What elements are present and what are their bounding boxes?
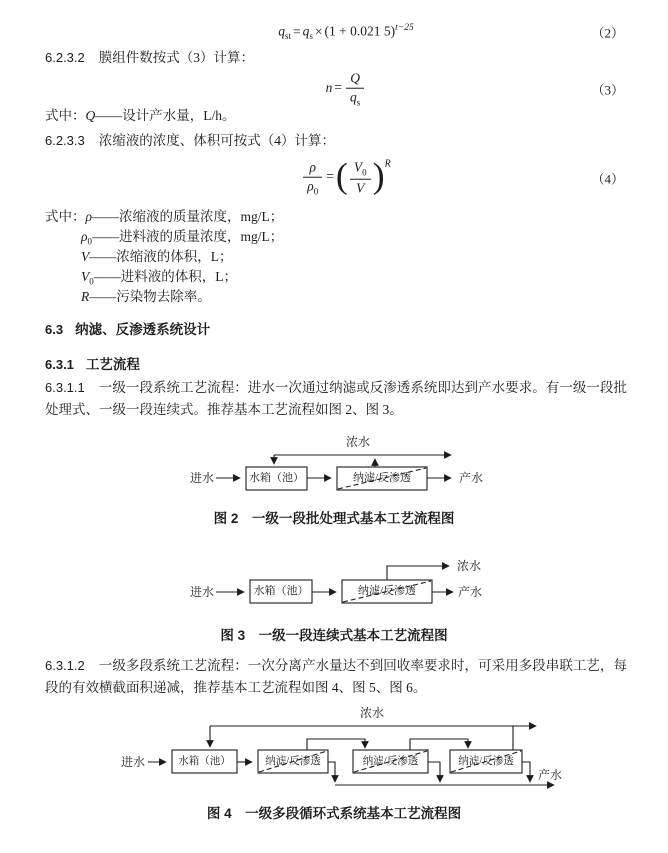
equation-number: （4） <box>591 169 624 188</box>
definition-rho0: ρ0——进料液的质量浓度，mg/L； <box>45 227 283 247</box>
tank-label: 水箱（池） <box>250 580 312 603</box>
membrane3-label: 纳滤/反渗透 <box>450 750 522 773</box>
equation-2: qst=qs×(1 + 0.021 5)t−25 （2） <box>0 22 668 42</box>
definition-v0: V0——进料液的体积，L； <box>45 267 283 287</box>
membrane2-label: 纳滤/反渗透 <box>353 750 428 773</box>
concentrate-line <box>387 566 449 580</box>
clause-6-3-1-2: 6.3.1.2一级多段系统工艺流程：一次分离产水量达不到回收率要求时，可采用多段… <box>45 655 627 699</box>
membrane-label: 纳滤/反渗透 <box>342 580 432 603</box>
clause-text: 浓缩液的浓度、体积可按式（4）计算： <box>99 133 335 148</box>
clause-number: 6.3.1.2 <box>45 658 85 673</box>
eq3-numerator: Q <box>350 71 360 86</box>
def-var: R <box>81 289 89 304</box>
stage3-permeate-line <box>522 762 530 782</box>
def-desc: ——浓缩液的质量浓度，mg/L； <box>92 209 283 224</box>
eq4-close-paren: ) <box>373 156 385 196</box>
eq4-exponent: R <box>385 159 391 170</box>
figure2-caption: 图 2 一级一段批处理式基本工艺流程图 <box>0 507 668 527</box>
equation-2-formula: qst=qs×(1 + 0.021 5)t−25 <box>12 23 668 41</box>
feed-label: 进水 <box>121 756 145 769</box>
product-label: 产水 <box>538 769 562 782</box>
eq2-group: (1 + 0.021 5) <box>325 23 396 38</box>
clause-6-3-1-1: 6.3.1.1一级一段系统工艺流程：进水一次通过纳滤或反渗透系统即达到产水要求。… <box>45 377 627 421</box>
figure3-flow-svg <box>0 552 668 616</box>
eq2-equals: = <box>291 23 303 38</box>
definition-rho: 式中：ρ——浓缩液的质量浓度，mg/L； <box>45 207 283 227</box>
eq3-equals: = <box>332 80 344 95</box>
def-var: Q <box>86 108 96 123</box>
equation-number: （2） <box>591 23 624 42</box>
concentrate-label: 浓水 <box>457 560 481 573</box>
product-label: 产水 <box>459 472 483 485</box>
eq4-lden-sub: 0 <box>314 186 319 196</box>
equation-3: n=Qqs （3） <box>0 68 668 110</box>
stage2-to-stage3-line <box>410 739 468 750</box>
eq4-left-fraction: ρρ0 <box>303 160 322 197</box>
def-desc: ——浓缩液的体积，L； <box>89 249 232 264</box>
eq4-definitions: 式中：ρ——浓缩液的质量浓度，mg/L； ρ0——进料液的质量浓度，mg/L； … <box>45 207 283 307</box>
clause-text: 膜组件数按式（3）计算： <box>99 50 254 65</box>
eq3-denominator: q <box>350 89 357 104</box>
eq3-fraction: Qqs <box>346 71 364 108</box>
eq4-lnum: ρ <box>310 160 316 175</box>
eq3-definition: 式中：Q——设计产水量，L/h。 <box>45 106 236 126</box>
def-desc: ——进料液的体积，L； <box>94 269 237 284</box>
eq4-right-fraction: V0V <box>350 160 371 197</box>
eq4-open-paren: ( <box>336 156 348 196</box>
clause-number: 6.3.1.1 <box>45 380 85 395</box>
figure2-flow-svg <box>0 433 668 505</box>
concentrate-label: 浓水 <box>346 436 370 449</box>
equation-4-formula: ρρ0=(V0V)R <box>12 160 668 197</box>
eq4-rden: V <box>356 181 364 196</box>
equation-number: （3） <box>591 80 624 99</box>
eq4-rnum: V <box>354 160 362 175</box>
section-number: 6.3.1 <box>45 357 74 372</box>
eq2-exponent: t−25 <box>395 23 414 33</box>
section-title: 工艺流程 <box>86 357 140 372</box>
equation-3-formula: n=Qqs <box>12 71 668 108</box>
eq2-times: × <box>313 23 325 38</box>
section-heading-6-3: 6.3纳滤、反渗透系统设计 <box>45 318 210 338</box>
clause-6-2-3-3: 6.2.3.3浓缩液的浓度、体积可按式（4）计算： <box>45 131 335 151</box>
def-desc: ——设计产水量，L/h。 <box>95 108 235 123</box>
def-desc: ——污染物去除率。 <box>89 289 211 304</box>
definition-v: V——浓缩液的体积，L； <box>45 247 283 267</box>
equation-4: ρρ0=(V0V)R （4） <box>0 155 668 201</box>
figure3-caption: 图 3 一级一段连续式基本工艺流程图 <box>0 624 668 644</box>
figure4-flow-svg <box>0 706 668 801</box>
clause-number: 6.2.3.2 <box>45 50 85 65</box>
def-desc: ——进料液的质量浓度，mg/L； <box>92 229 283 244</box>
clause-text: 一级多段系统工艺流程：一次分离产水量达不到回收率要求时，可采用多段串联工艺，每段… <box>45 658 627 695</box>
concentrate-label: 浓水 <box>360 707 384 720</box>
figure2-diagram: 进水 水箱（池） 纳滤/反渗透 浓水 产水 <box>0 433 668 505</box>
eq2-var-q: q <box>278 23 285 38</box>
definition-r: R——污染物去除率。 <box>45 287 283 307</box>
membrane-label: 纳滤/反渗透 <box>337 467 427 490</box>
section-heading-6-3-1: 6.3.1工艺流程 <box>45 353 140 373</box>
feed-label: 进水 <box>190 472 214 485</box>
document-page: qst=qs×(1 + 0.021 5)t−25 （2） 6.2.3.2膜组件数… <box>0 0 668 853</box>
clause-text: 一级一段系统工艺流程：进水一次通过纳滤或反渗透系统即达到产水要求。有一级一段批处… <box>45 380 627 417</box>
section-number: 6.3 <box>45 322 63 337</box>
feed-label: 进水 <box>190 586 214 599</box>
stage1-to-stage2-line <box>307 739 365 750</box>
figure4-caption: 图 4 一级多段循环式系统基本工艺流程图 <box>0 802 668 822</box>
def-var: V <box>81 269 89 284</box>
figure4-diagram: 进水 水箱（池） 纳滤/反渗透 纳滤/反渗透 纳滤/反渗透 浓水 产水 <box>0 706 668 801</box>
stage2-permeate-line <box>428 762 440 782</box>
membrane1-label: 纳滤/反渗透 <box>258 750 328 773</box>
product-label: 产水 <box>458 586 482 599</box>
stage1-permeate-line <box>328 762 335 782</box>
tank-label: 水箱（池） <box>246 467 307 490</box>
def-prefix: 式中： <box>45 108 86 123</box>
clause-number: 6.2.3.3 <box>45 133 85 148</box>
def-var: V <box>81 249 89 264</box>
eq3-den-sub: s <box>357 97 361 107</box>
tank-label: 水箱（池） <box>172 750 237 773</box>
clause-6-2-3-2: 6.2.3.2膜组件数按式（3）计算： <box>45 48 254 68</box>
eq4-equals: = <box>324 169 336 184</box>
eq4-rnum-sub: 0 <box>362 167 367 177</box>
def-prefix: 式中： <box>45 209 86 224</box>
section-title: 纳滤、反渗透系统设计 <box>75 322 210 337</box>
figure3-diagram: 进水 水箱（池） 纳滤/反渗透 浓水 产水 <box>0 552 668 616</box>
